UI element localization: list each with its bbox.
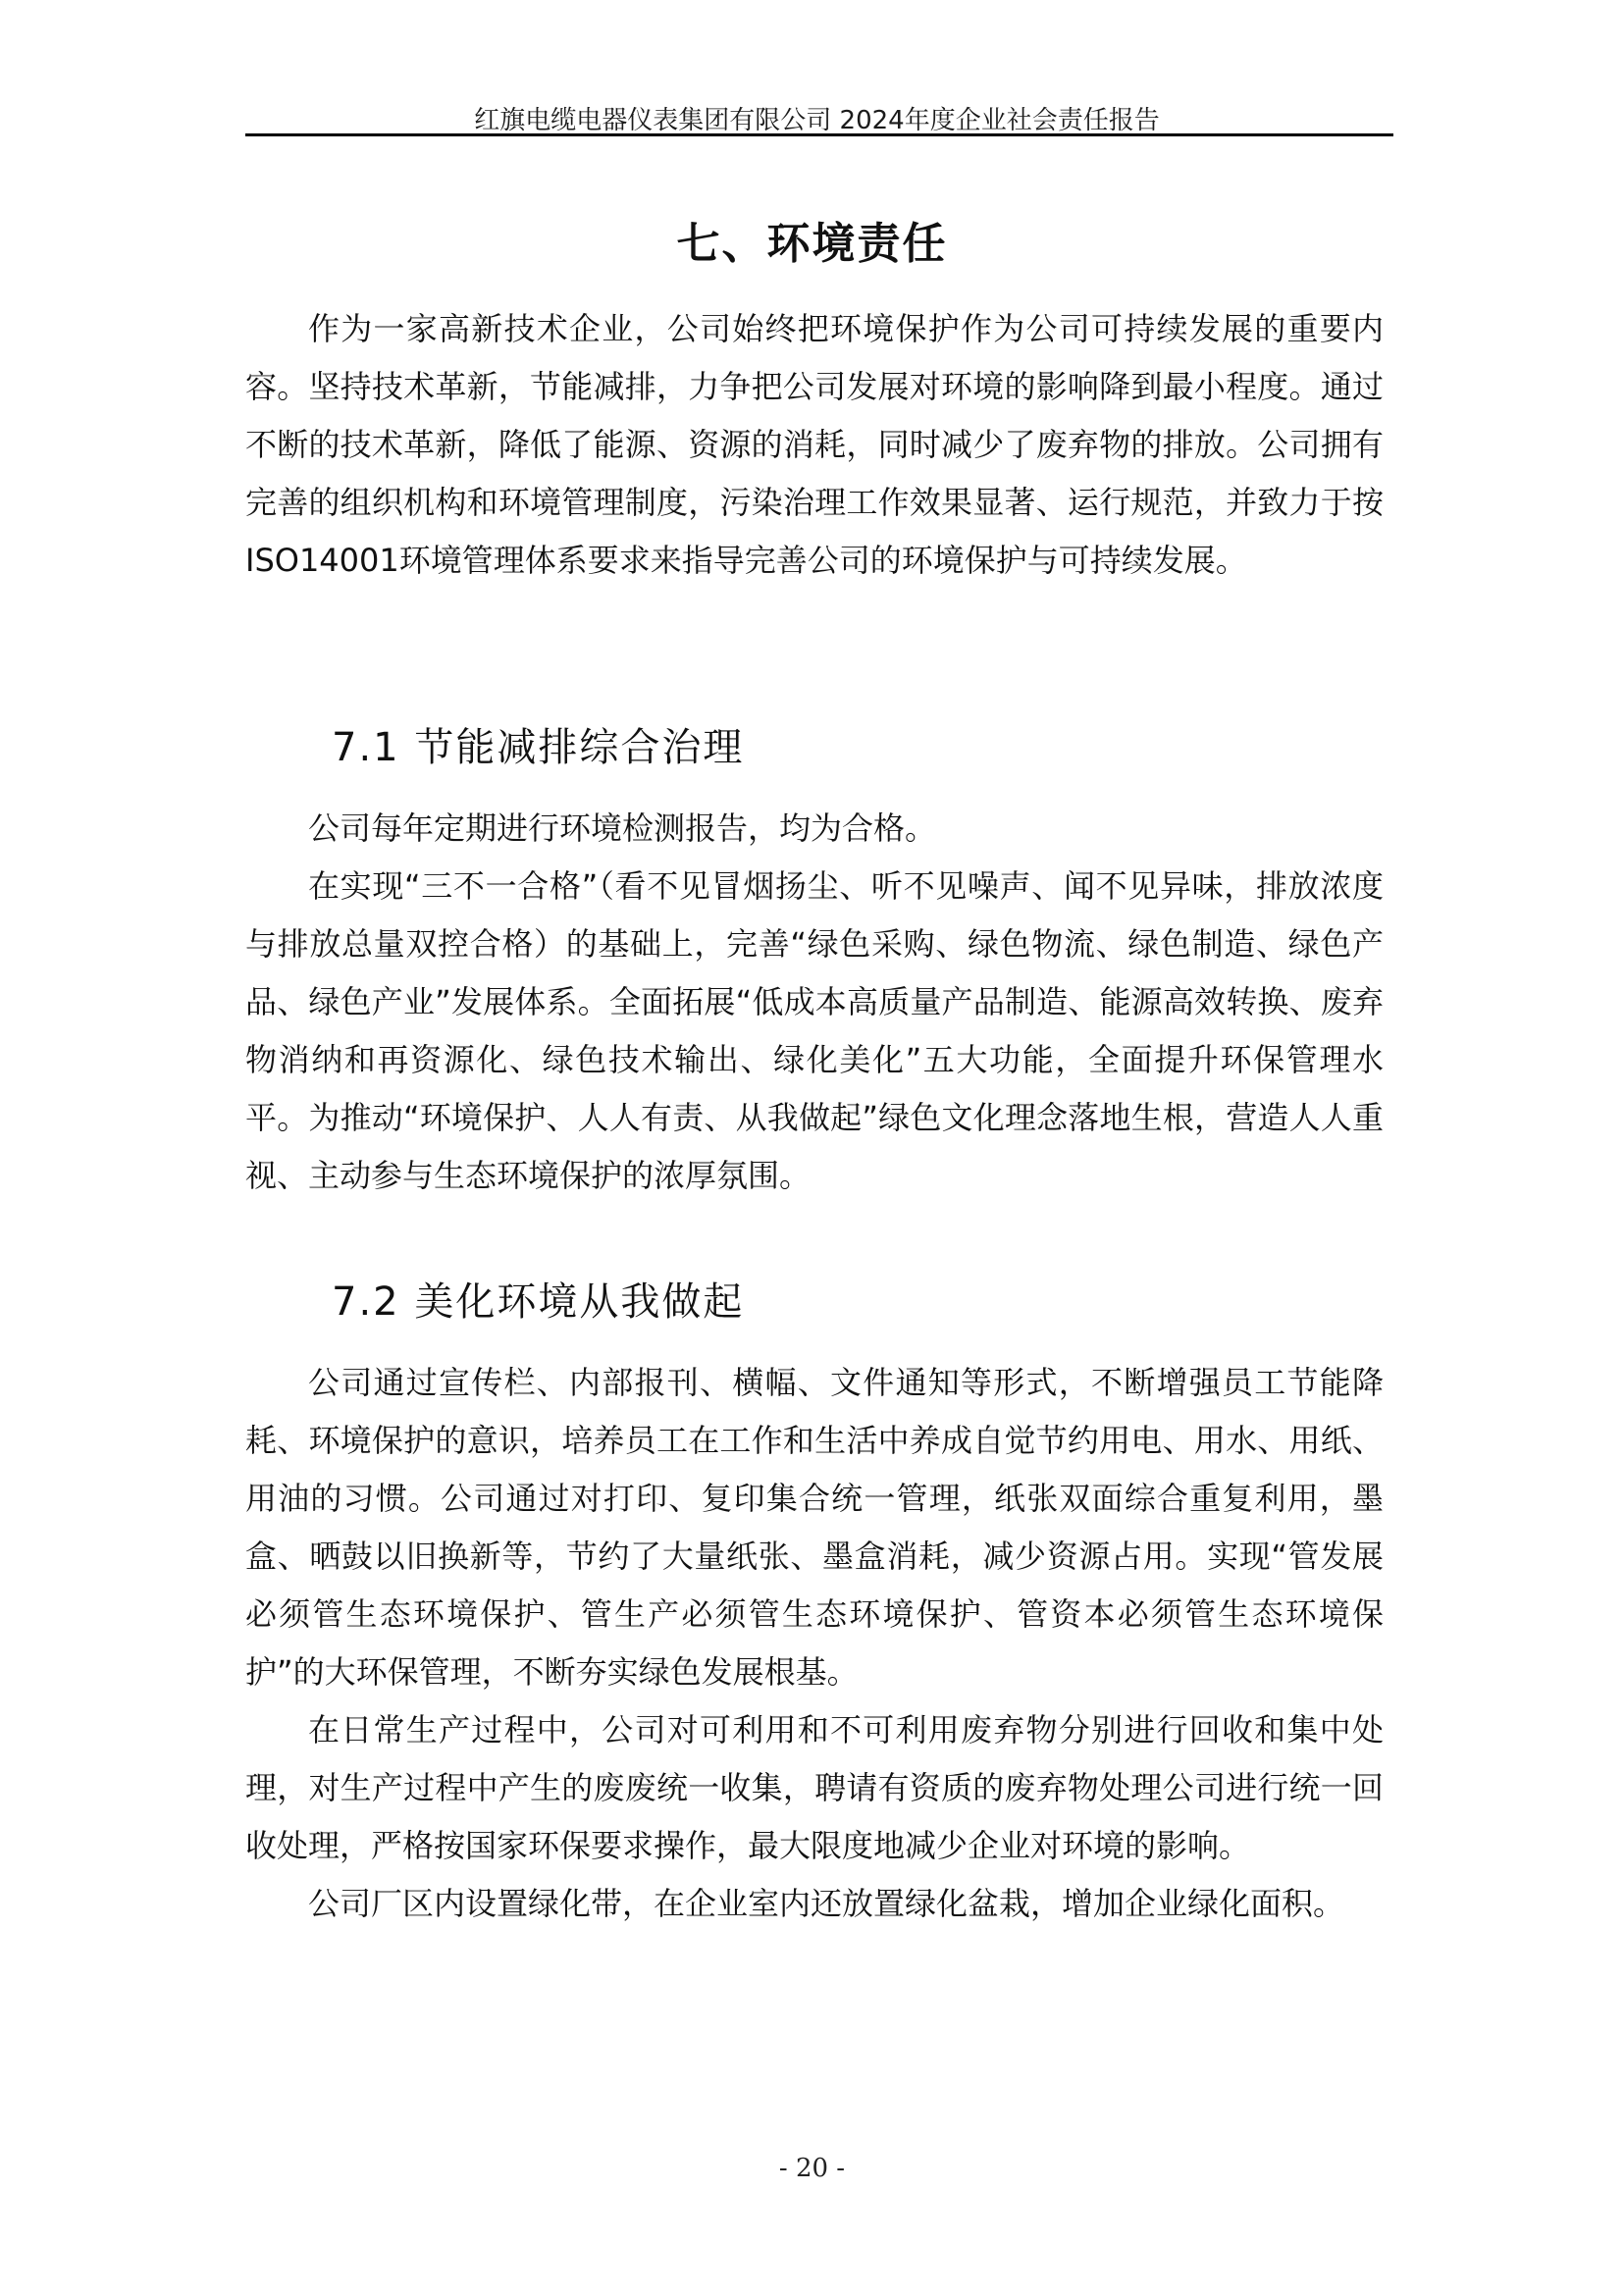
section-7-2-body: 公司通过宣传栏、内部报刊、横幅、文件通知等形式，不断增强员工节能降耗、环境保护的… [245, 1354, 1384, 1933]
paragraph: 公司厂区内设置绿化带，在企业室内还放置绿化盆栽，增加企业绿化面积。 [245, 1875, 1384, 1933]
paragraph: 公司每年定期进行环境检测报告，均为合格。 [245, 800, 1384, 858]
chapter-title: 七、环境责任 [0, 208, 1624, 271]
section-7-1-body: 公司每年定期进行环境检测报告，均为合格。 在实现“三不一合格”（看不见冒烟扬尘、… [245, 800, 1384, 1205]
running-header: 红旗电缆电器仪表集团有限公司 2024年度企业社会责任报告 [245, 100, 1388, 136]
section-title-7-2: 7.2 美化环境从我做起 [332, 1271, 744, 1327]
paragraph: 在实现“三不一合格”（看不见冒烟扬尘、听不见噪声、闻不见异味，排放浓度与排放总量… [245, 858, 1384, 1205]
header-divider [245, 133, 1393, 136]
paragraph: 公司通过宣传栏、内部报刊、横幅、文件通知等形式，不断增强员工节能降耗、环境保护的… [245, 1354, 1384, 1701]
intro-paragraph: 作为一家高新技术企业，公司始终把环境保护作为公司可持续发展的重要内容。坚持技术革… [245, 300, 1384, 590]
paragraph: 在日常生产过程中，公司对可利用和不可利用废弃物分别进行回收和集中处理，对生产过程… [245, 1701, 1384, 1875]
chapter-intro: 作为一家高新技术企业，公司始终把环境保护作为公司可持续发展的重要内容。坚持技术革… [245, 300, 1384, 590]
page-number: - 20 - [0, 2154, 1624, 2183]
section-title-7-1: 7.1 节能减排综合治理 [332, 716, 744, 772]
